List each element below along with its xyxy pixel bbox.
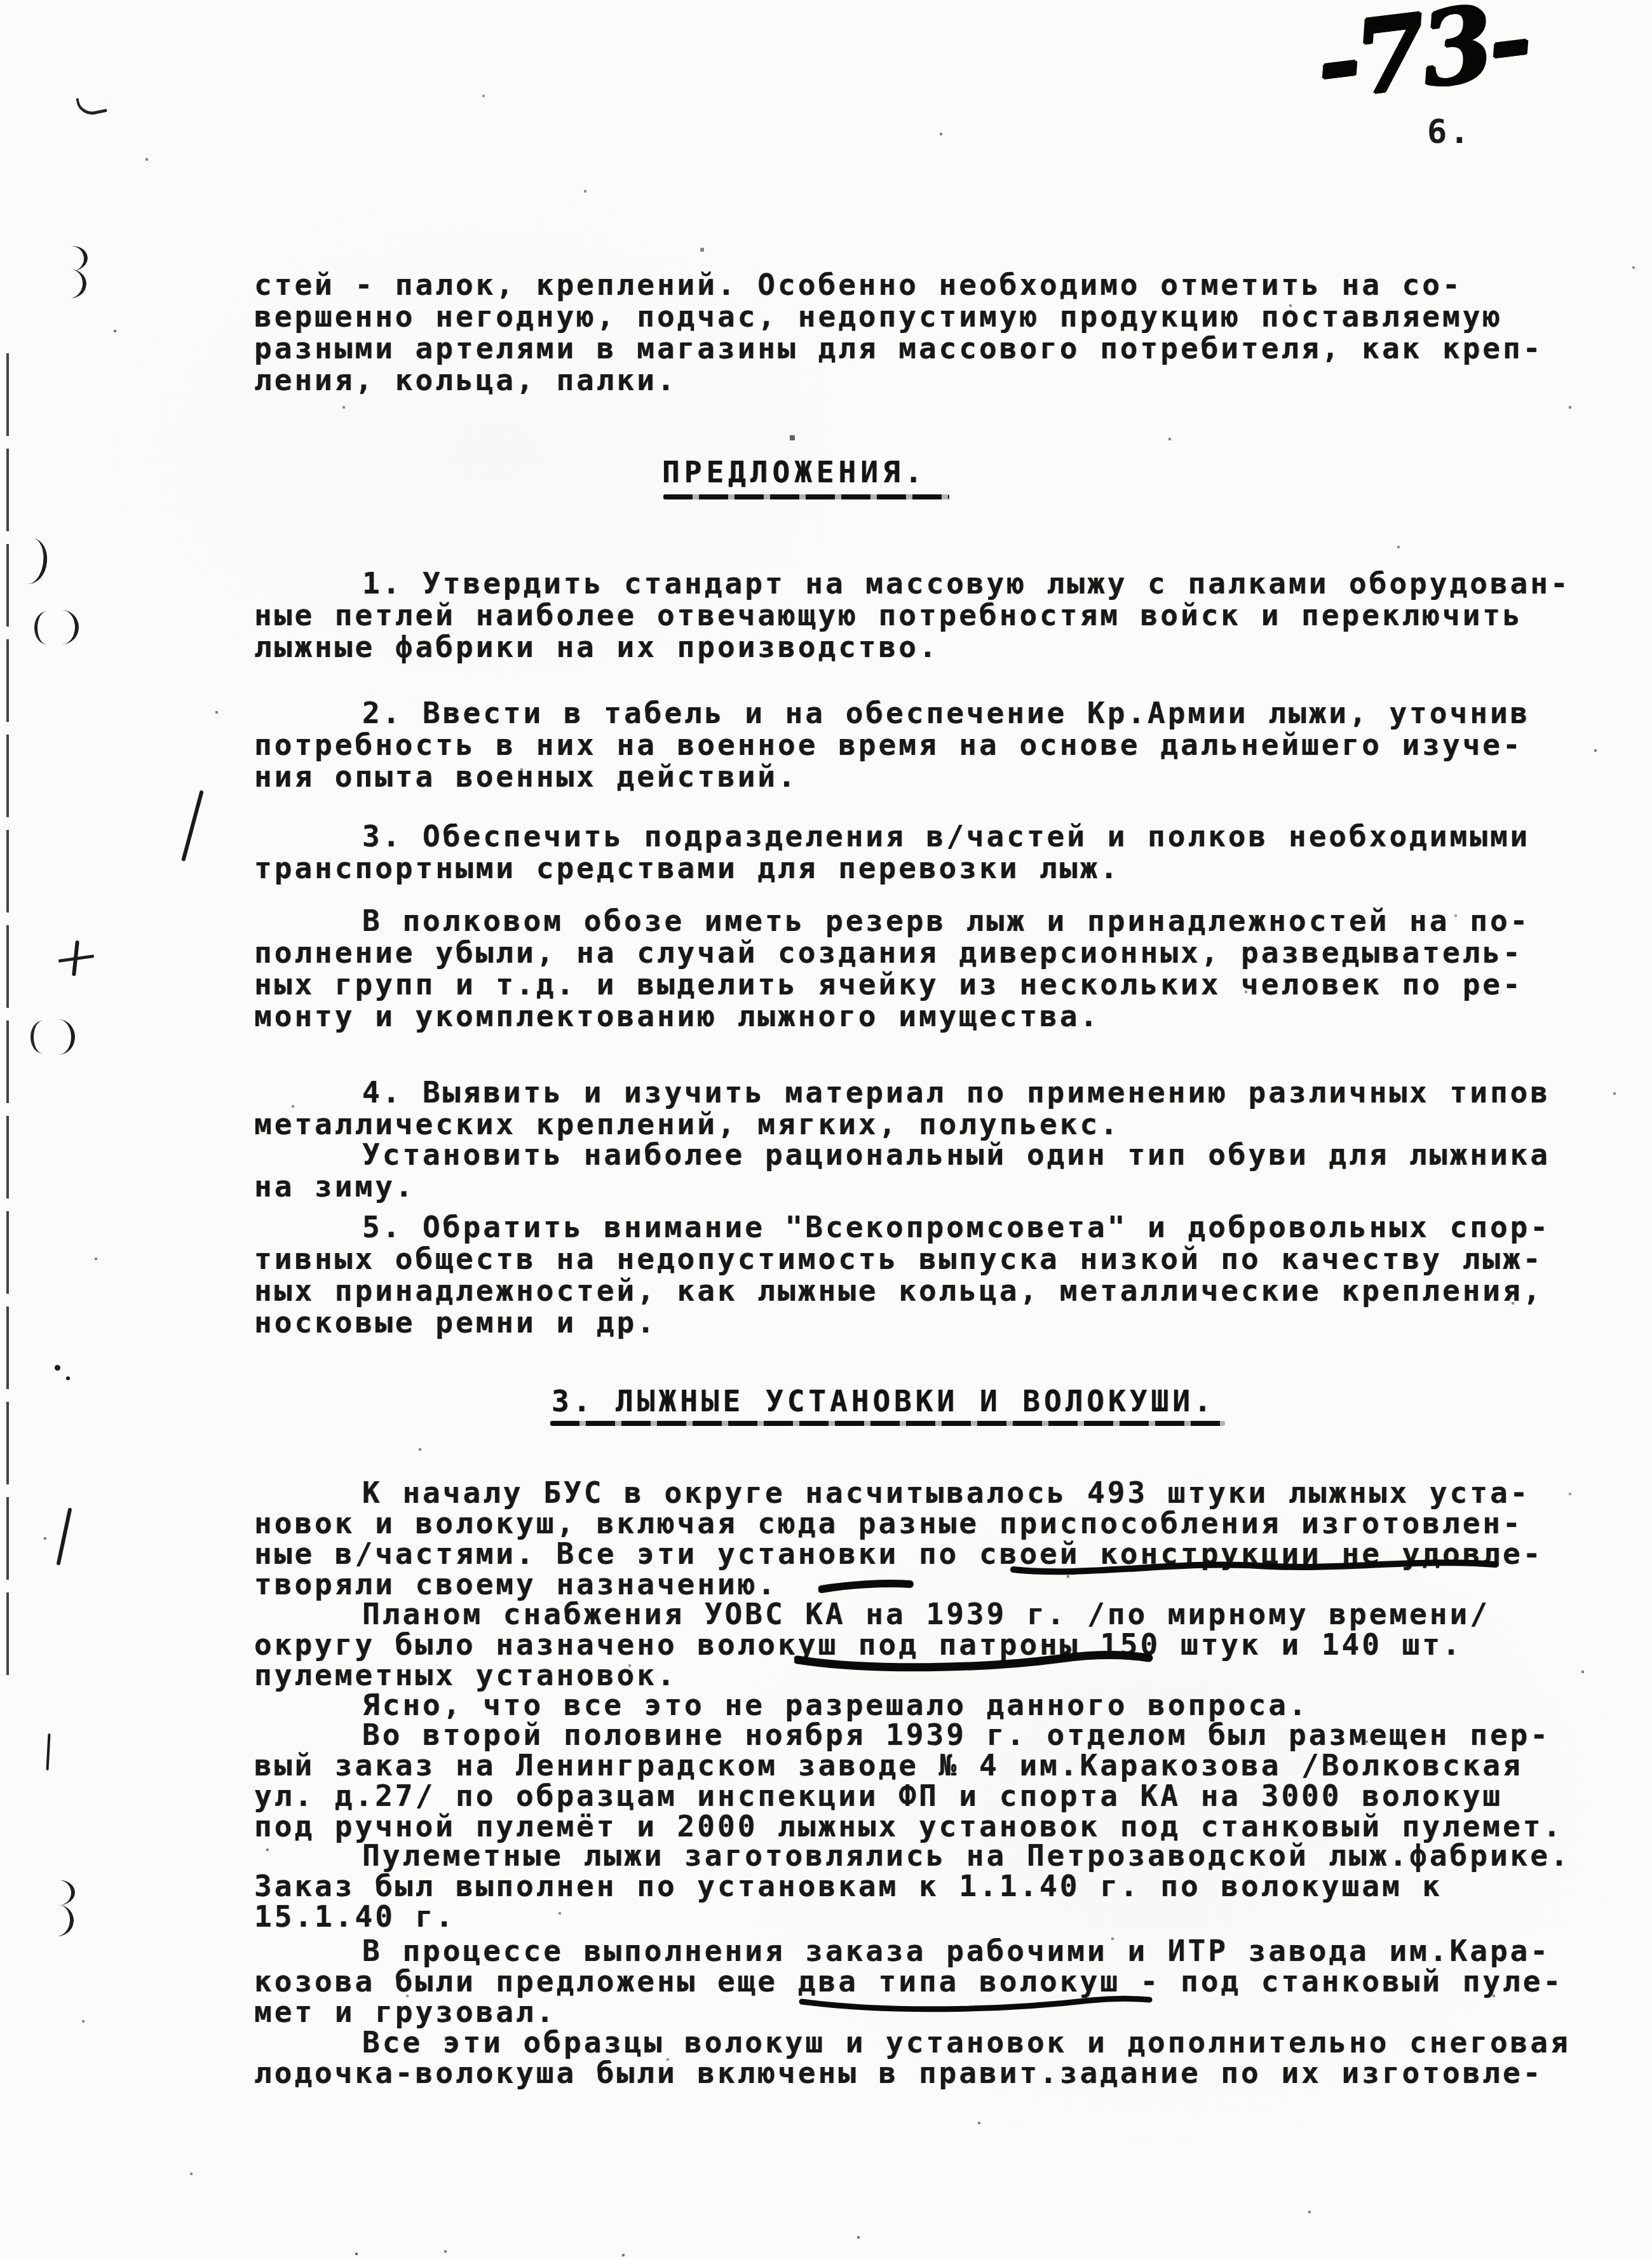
text-line: Установить наиболее рациональный один ти… — [254, 1139, 1633, 1170]
heading-section-3: 3. ЛЫЖНЫЕ УСТАНОВКИ И ВОЛОКУШИ. — [552, 1384, 1215, 1418]
text-line: ных групп и т.д. и выделить ячейку из не… — [254, 968, 1633, 1000]
text-line: козова были предложены еще два типа воло… — [254, 1966, 1633, 1997]
hand-underline-dva-tipa — [798, 1993, 1154, 2017]
paragraph-clearly: Ясно, что все это не разрешало данного в… — [254, 1690, 1633, 1720]
heading-section-3-underline — [550, 1421, 1225, 1426]
text-line: ные петлей наиболее отвечающую потребнос… — [254, 599, 1633, 631]
paragraph-supply-plan: Планом снабжения УОВС КА на 1939 г. /по … — [254, 1599, 1633, 1690]
margin-ink-mark — [76, 93, 107, 118]
text-line: 1. Утвердить стандарт на массовую лыжу с… — [254, 567, 1633, 599]
margin-ink-mark — [54, 1879, 76, 1906]
text-line: 3. Обеспечить подразделения в/частей и п… — [254, 820, 1633, 852]
text-line: ления, кольца, палки. — [254, 364, 1633, 396]
text-line: 5. Обратить внимание "Всекопромсовета" и… — [254, 1211, 1633, 1243]
text-line: под ручной пулемёт и 2000 лыжных установ… — [254, 1811, 1633, 1842]
paragraph-first-order: Во второй половине ноября 1939 г. отдело… — [254, 1720, 1633, 1842]
margin-ink-mark — [55, 1019, 75, 1055]
proposal-item-4: 4. Выявить и изучить материал по примене… — [254, 1076, 1633, 1140]
scan-noise — [0, 0, 1, 1]
heading-proposals-underline — [663, 494, 949, 499]
text-line: 4. Выявить и изучить материал по примене… — [254, 1076, 1633, 1108]
text-line: В процессе выполнения заказа рабочими и … — [254, 1936, 1633, 1966]
text-line: ных принадлежностей, как лыжные кольца, … — [254, 1275, 1633, 1306]
text-line: Ясно, что все это не разрешало данного в… — [254, 1690, 1633, 1720]
text-line: транспортными средствами для перевозки л… — [254, 852, 1633, 884]
paragraph-boots: Установить наиболее рациональный один ти… — [254, 1139, 1633, 1202]
proposal-item-1: 1. Утвердить стандарт на массовую лыжу с… — [254, 567, 1633, 663]
margin-ink-mark — [66, 1376, 70, 1380]
paragraph-regiment-reserve: В полковом обозе иметь резерв лыж и прин… — [254, 905, 1633, 1032]
text-line: 15.1.40 г. — [254, 1901, 1633, 1932]
paragraph-intro: стей - палок, креплений. Особенно необхо… — [254, 269, 1633, 396]
text-line: стей - палок, креплений. Особенно необхо… — [254, 269, 1633, 301]
proposal-item-2: 2. Ввести в табель и на обеспечение Кр.А… — [254, 697, 1633, 792]
margin-ink-mark — [34, 611, 51, 644]
paragraph-samples: Все эти образцы волокуш и установок и до… — [254, 2027, 1633, 2088]
margin-ink-mark — [55, 1365, 60, 1371]
text-line: новок и волокуш, включая сюда разные при… — [254, 1508, 1633, 1538]
proposal-item-3: 3. Обеспечить подразделения в/частей и п… — [254, 820, 1633, 884]
text-line: на зиму. — [254, 1170, 1633, 1202]
heading-proposals: ПРЕДЛОЖЕНИЯ. — [662, 455, 926, 489]
typed-page-number: 6. — [1427, 113, 1472, 151]
text-line: Во второй половине ноября 1939 г. отдело… — [254, 1720, 1633, 1750]
margin-ink-mark — [46, 1733, 50, 1770]
text-line: полнение убыли, на случай создания дивер… — [254, 937, 1633, 968]
text-line: Заказ был выполнен по установкам к 1.1.4… — [254, 1871, 1633, 1901]
hand-underline-konstruktsii — [1010, 1554, 1500, 1581]
text-line: лодочка-волокуша были включены в правит.… — [254, 2058, 1633, 2088]
text-line: В полковом обозе иметь резерв лыж и прин… — [254, 905, 1633, 937]
text-line: ния опыта военных действий. — [254, 761, 1633, 792]
margin-ink-mark — [24, 538, 50, 585]
text-line: носковые ремни и др. — [254, 1306, 1633, 1338]
margin-ink-mark — [181, 790, 204, 862]
text-line: ул. д.27/ по образцам инспекции ФП и спо… — [254, 1781, 1633, 1811]
scanned-document-page: -73- 6. стей - палок, креплений. Особенн… — [0, 0, 1652, 2259]
proposal-item-5: 5. Обратить внимание "Всекопромсовета" и… — [254, 1211, 1633, 1338]
text-line: К началу БУС в округе насчитывалось 493 … — [254, 1477, 1633, 1508]
hand-dash-naznacheniyu — [818, 1577, 914, 1595]
margin-ink-mark — [66, 244, 89, 271]
margin-ink-mark — [65, 269, 87, 299]
handwritten-page-number: -73- — [1310, 0, 1577, 123]
text-line: монту и укомплектованию лыжного имуществ… — [254, 1000, 1633, 1032]
scan-edge-line — [6, 353, 9, 1681]
text-line: вый заказ на Ленинградском заводе № 4 им… — [254, 1750, 1633, 1781]
paragraph-petrozavodsk: Пулеметные лыжи заготовлялись на Петроза… — [254, 1840, 1633, 1932]
text-line: разными артелями в магазины для массовог… — [254, 332, 1633, 364]
text-line: потребность в них на военное время на ос… — [254, 729, 1633, 761]
text-line: Пулеметные лыжи заготовлялись на Петроза… — [254, 1840, 1633, 1871]
text-line: Планом снабжения УОВС КА на 1939 г. /по … — [254, 1599, 1633, 1629]
text-line: металлических креплений, мягких, полупье… — [254, 1108, 1633, 1140]
paragraph-bus-count: К началу БУС в округе насчитывалось 493 … — [254, 1477, 1633, 1599]
margin-ink-mark — [57, 1507, 72, 1565]
text-line: вершенно негодную, подчас, недопустимую … — [254, 301, 1633, 332]
text-line: Все эти образцы волокуш и установок и до… — [254, 2027, 1633, 2058]
margin-ink-mark — [52, 1904, 75, 1938]
margin-ink-mark — [30, 1021, 48, 1054]
text-line: лыжные фабрики на их производство. — [254, 631, 1633, 663]
margin-ink-mark — [58, 610, 79, 644]
text-line: 2. Ввести в табель и на обеспечение Кр.А… — [254, 697, 1633, 729]
text-line: тивных обществ на недопустимость выпуска… — [254, 1243, 1633, 1275]
hand-underline-pod-patrony — [794, 1648, 1153, 1676]
